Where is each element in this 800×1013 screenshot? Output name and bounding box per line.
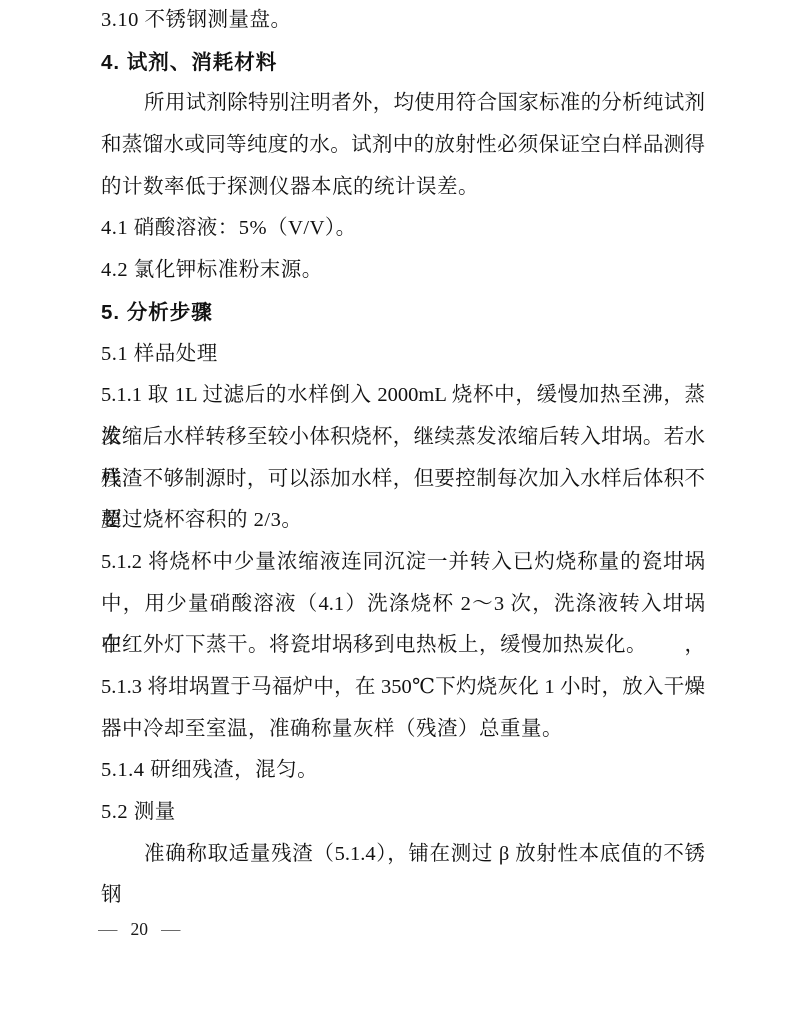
text-line: 4.2 氯化钾标准粉末源。 xyxy=(101,250,705,292)
text-line: 5.1.2 将烧杯中少量浓缩液连同沉淀一并转入已灼烧称量的瓷坩埚 xyxy=(101,542,705,584)
text-line: 浓缩后水样转移至较小体积烧杯，继续蒸发浓缩后转入坩埚。若水样 xyxy=(101,417,705,459)
document-page: 3.10 不锈钢测量盘。4. 试剂、消耗材料所用试剂除特别注明者外，均使用符合国… xyxy=(0,0,800,1013)
section-heading: 5. 分析步骤 xyxy=(101,292,705,334)
text-line: 5.1.4 研细残渣，混匀。 xyxy=(101,750,705,792)
text-line: 中，用少量硝酸溶液（4.1）洗涤烧杯 2～3 次，洗涤液转入坩埚中， xyxy=(101,584,705,626)
text-line: 5.1.3 将坩埚置于马福炉中，在 350℃下灼烧灰化 1 小时，放入干燥 xyxy=(101,667,705,709)
footer-dash-left: — xyxy=(98,918,117,940)
text-line: 超过烧杯容积的 2/3。 xyxy=(101,500,705,542)
page-footer: — 20 — xyxy=(99,918,180,940)
text-line: 3.10 不锈钢测量盘。 xyxy=(101,0,705,42)
text-line: 5.1.1 取 1L 过滤后的水样倒入 2000mL 烧杯中，缓慢加热至沸，蒸发 xyxy=(101,375,705,417)
document-body: 3.10 不锈钢测量盘。4. 试剂、消耗材料所用试剂除特别注明者外，均使用符合国… xyxy=(101,0,705,875)
text-line: 5.1 样品处理 xyxy=(101,334,705,376)
text-line: 的计数率低于探测仪器本底的统计误差。 xyxy=(101,167,705,209)
text-line: 和蒸馏水或同等纯度的水。试剂中的放射性必须保证空白样品测得 xyxy=(101,125,705,167)
document-page-background: { "page": { "background_color": "#ffffff… xyxy=(0,0,800,1013)
text-line: 器中冷却至室温，准确称量灰样（残渣）总重量。 xyxy=(101,709,705,751)
text-line: 残渣不够制源时，可以添加水样，但要控制每次加入水样后体积不要 xyxy=(101,459,705,501)
text-line: 在红外灯下蒸干。将瓷坩埚移到电热板上，缓慢加热炭化。 xyxy=(101,625,705,667)
text-line: 5.2 测量 xyxy=(101,792,705,834)
footer-dash-right: — xyxy=(161,918,180,940)
text-line: 准确称取适量残渣（5.1.4），铺在测过 β 放射性本底值的不锈钢 xyxy=(101,834,705,876)
page-number: 20 xyxy=(131,918,149,940)
text-line: 所用试剂除特别注明者外，均使用符合国家标准的分析纯试剂 xyxy=(101,83,705,125)
text-line: 4.1 硝酸溶液：5%（V/V）。 xyxy=(101,208,705,250)
section-heading: 4. 试剂、消耗材料 xyxy=(101,42,705,84)
